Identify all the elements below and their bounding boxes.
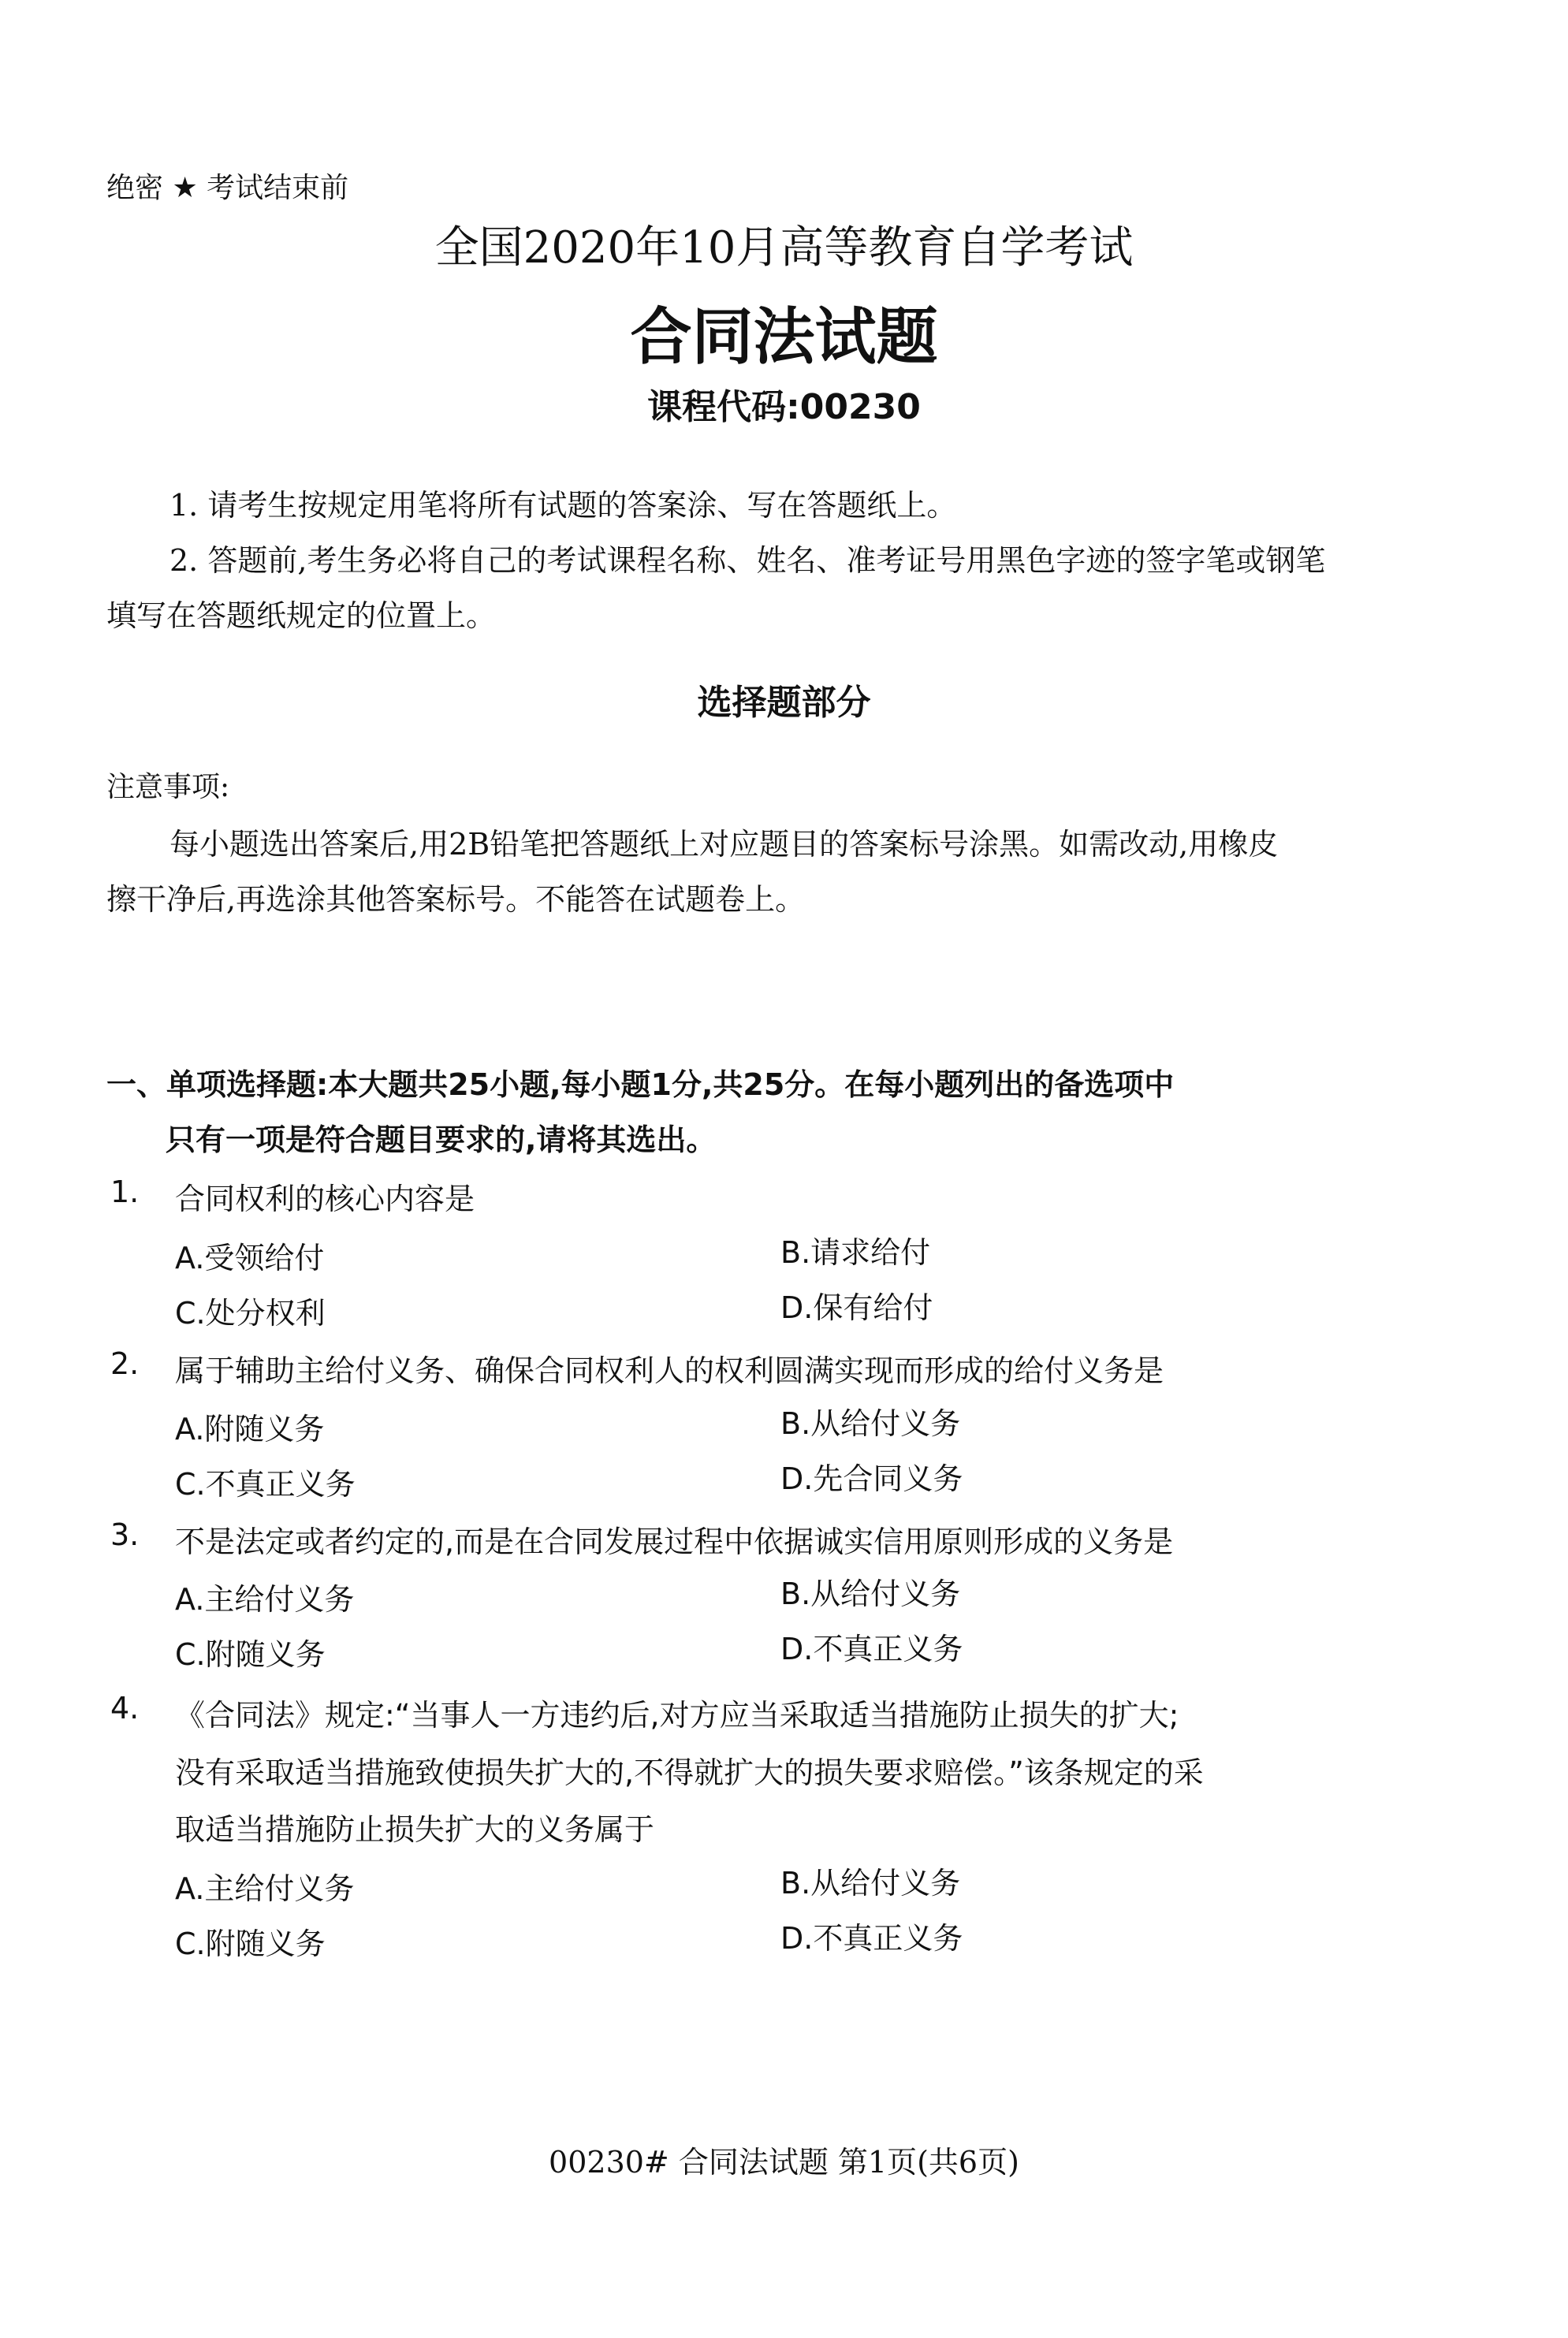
notice-line-1: 每小题选出答案后,用2B铅笔把答题纸上对应题目的答案标号涂黑。如需改动,用橡皮 — [169, 820, 1278, 863]
question-text-cont: 取适当措施防止损失扩大的义务属于 — [175, 1805, 654, 1848]
option-b[interactable]: B.请求给付 — [780, 1228, 930, 1271]
instruction-1: 1. 请考生按规定用笔将所有试题的答案涂、写在答题纸上。 — [169, 481, 956, 524]
option-b[interactable]: B.从给付义务 — [780, 1859, 960, 1902]
option-c[interactable]: C.处分权利 — [175, 1289, 326, 1332]
option-a[interactable]: A.主给付义务 — [175, 1864, 354, 1908]
option-c[interactable]: C.附随义务 — [175, 1919, 326, 1963]
confidential-label: 绝密 ★ 考试结束前 — [106, 166, 348, 206]
question-text-cont: 没有采取适当措施致使损失扩大的,不得就扩大的损失要求赔偿。”该条规定的采 — [175, 1748, 1204, 1792]
question-number: 1. — [110, 1175, 139, 1209]
part1-heading-cont: 只有一项是符合题目要求的,请将其选出。 — [166, 1115, 716, 1159]
option-c[interactable]: C.附随义务 — [175, 1630, 326, 1673]
option-b[interactable]: B.从给付义务 — [780, 1399, 960, 1443]
option-a[interactable]: A.受领给付 — [175, 1234, 324, 1277]
question-text: 不是法定或者约定的,而是在合同发展过程中依据诚实信用原则形成的义务是 — [175, 1517, 1173, 1561]
option-b[interactable]: B.从给付义务 — [780, 1569, 960, 1613]
question-number: 4. — [110, 1691, 139, 1726]
notice-heading: 注意事项: — [106, 765, 229, 805]
question-number: 3. — [110, 1517, 139, 1552]
part1-heading: 一、单项选择题:本大题共25小题,每小题1分,共25分。在每小题列出的备选项中 — [106, 1060, 1174, 1104]
page-footer: 00230# 合同法试题 第1页(共6页) — [0, 2138, 1568, 2181]
option-c[interactable]: C.不真正义务 — [175, 1460, 356, 1503]
option-d[interactable]: D.先合同义务 — [780, 1454, 963, 1498]
option-a[interactable]: A.附随义务 — [175, 1405, 324, 1448]
instruction-2-cont: 填写在答题纸规定的位置上。 — [106, 591, 496, 635]
question-text: 合同权利的核心内容是 — [175, 1175, 475, 1218]
exam-title: 全国2020年10月高等教育自学考试 — [0, 213, 1568, 276]
question-text: 《合同法》规定:“当事人一方违约后,对方应当采取适当措施防止损失的扩大; — [175, 1691, 1179, 1734]
section-title: 选择题部分 — [0, 674, 1568, 724]
option-d[interactable]: D.不真正义务 — [780, 1625, 963, 1668]
option-a[interactable]: A.主给付义务 — [175, 1575, 354, 1618]
course-code: 课程代码:00230 — [0, 378, 1568, 429]
notice-line-2: 擦干净后,再选涂其他答案标号。不能答在试题卷上。 — [106, 875, 805, 918]
question-number: 2. — [110, 1346, 139, 1381]
question-text: 属于辅助主给付义务、确保合同权利人的权利圆满实现而形成的给付义务是 — [175, 1346, 1164, 1390]
paper-title: 合同法试题 — [0, 288, 1568, 376]
option-d[interactable]: D.不真正义务 — [780, 1914, 963, 1957]
option-d[interactable]: D.保有给付 — [780, 1283, 933, 1327]
instruction-2: 2. 答题前,考生务必将自己的考试课程名称、姓名、准考证号用黑色字迹的签字笔或钢… — [169, 536, 1325, 579]
